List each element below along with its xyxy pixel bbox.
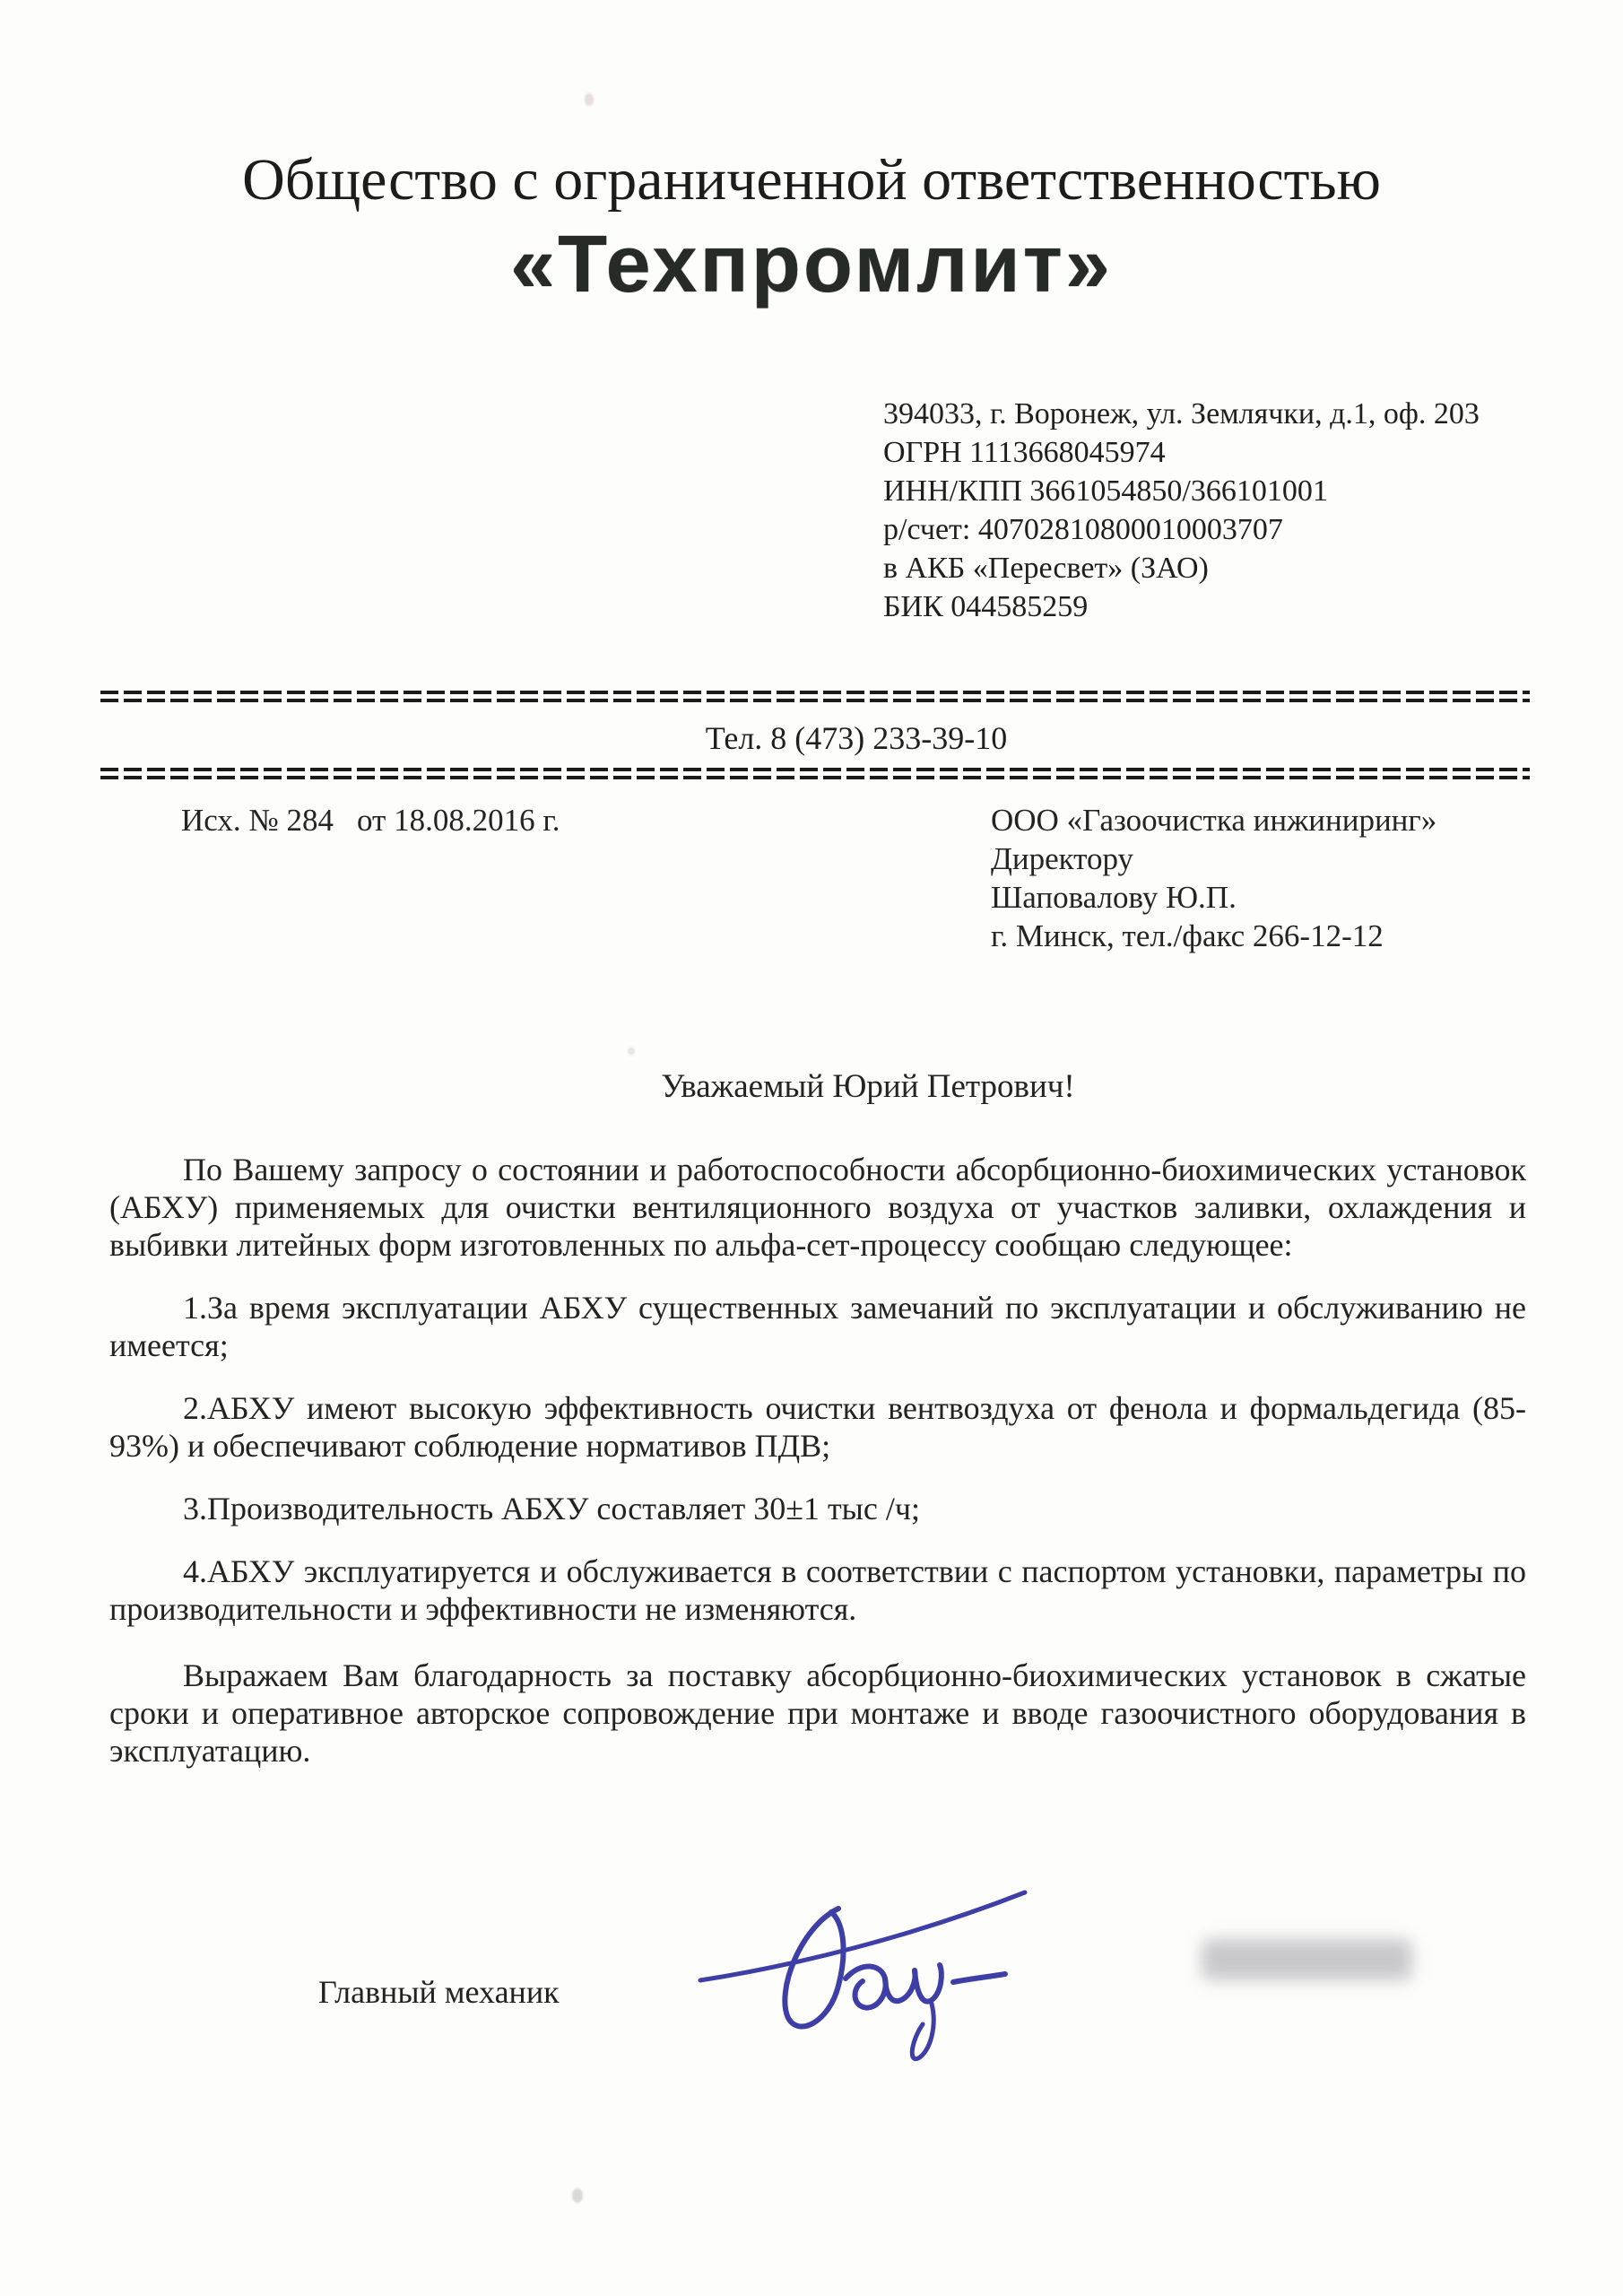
redacted-signatory-name: [1202, 1939, 1412, 1980]
recipient-name: Шаповалову Ю.П.: [991, 878, 1436, 917]
scan-artifact: [572, 2188, 583, 2203]
signatory-title: Главный механик: [318, 1973, 560, 2011]
recipient-organization: ООО «Газоочистка инжиниринг»: [991, 801, 1436, 839]
scan-artifact: [585, 93, 594, 106]
recipient-position: Директору: [991, 839, 1436, 878]
requisite-bik: БИК 044585259: [883, 587, 1623, 626]
list-item-3: 3.Производительность АБХУ составляет 30±…: [109, 1490, 1526, 1527]
outgoing-number: Исх. № 284: [181, 803, 334, 838]
company-requisites-block: 394033, г. Воронеж, ул. Землячки, д.1, о…: [883, 395, 1623, 626]
closing-paragraph: Выражаем Вам благодарность за поставку а…: [109, 1657, 1526, 1770]
outgoing-date: от 18.08.2016 г.: [357, 803, 560, 838]
recipient-city-phone: г. Минск, тел./факс 266-12-12: [991, 917, 1436, 955]
intro-paragraph: По Вашему запросу о состоянии и работосп…: [109, 1151, 1526, 1264]
reference-row: Исх. № 284от 18.08.2016 г. ООО «Газоочис…: [109, 801, 1526, 959]
requisite-address: 394033, г. Воронеж, ул. Землячки, д.1, о…: [883, 395, 1623, 433]
phone-line: Тел. 8 (473) 233-39-10: [109, 720, 1526, 756]
salutation: Уважаемый Юрий Петрович!: [109, 1068, 1526, 1106]
list-item-1: 1.За время эксплуатации АБХУ существенны…: [109, 1289, 1526, 1364]
scan-artifact: [628, 1048, 635, 1055]
company-name: «Техпромлит»: [0, 224, 1623, 305]
outgoing-reference: Исх. № 284от 18.08.2016 г.: [181, 801, 560, 839]
double-dashed-rule-bottom: [100, 768, 1530, 779]
company-type-line: Общество с ограниченной ответственностью: [0, 151, 1623, 210]
double-dashed-rule-top: [100, 691, 1530, 702]
requisite-inn-kpp: ИНН/КПП 3661054850/366101001: [883, 472, 1623, 510]
scanned-letter-page: Общество с ограниченной ответственностью…: [0, 0, 1623, 2296]
handwritten-signature: [695, 1873, 1036, 2079]
recipient-block: ООО «Газоочистка инжиниринг» Директору Ш…: [991, 801, 1436, 955]
requisite-bank: в АКБ «Пересвет» (ЗАО): [883, 549, 1623, 587]
list-item-4: 4.АБХУ эксплуатируется и обслуживается в…: [109, 1552, 1526, 1628]
signature-row: Главный механик: [109, 1873, 1526, 2169]
list-item-2: 2.АБХУ имеют высокую эффективность очист…: [109, 1389, 1526, 1465]
requisite-ogrn: ОГРН 1113668045974: [883, 433, 1623, 472]
requisite-account: р/счет: 40702810800010003707: [883, 510, 1623, 549]
